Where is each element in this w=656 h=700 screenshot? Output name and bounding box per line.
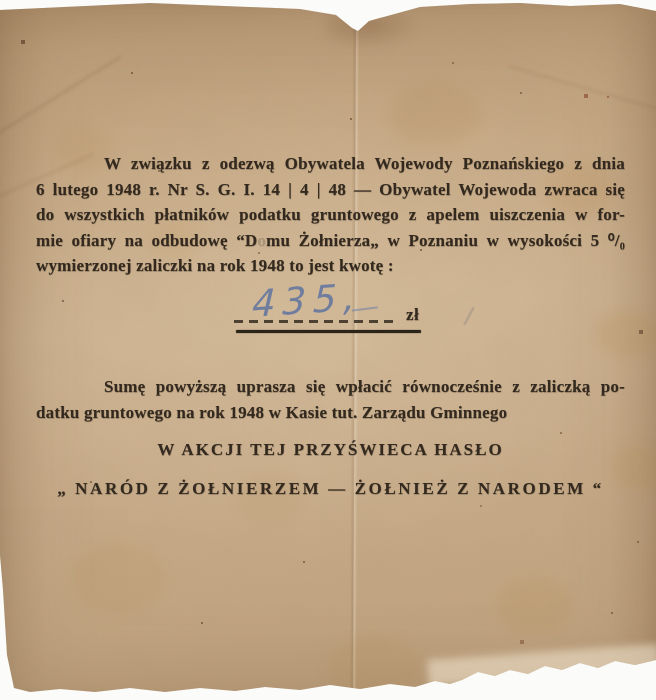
handwritten-amount: 435, — [251, 275, 363, 326]
text-line: 6 lutego 1948 r. Nr S. G. I. 14 | 4 | 48… — [36, 177, 625, 203]
text-line: wymierzonej zaliczki na rok 1948 to jest… — [36, 253, 625, 279]
text-line: mie ofiary na odbudowę “Domu Żołnierza„ … — [36, 228, 625, 254]
text-segment: mie ofiary na odbudowę “D — [36, 231, 257, 250]
text-segment: mu Żołnierza„ w Poznaniu w wysokości 5 ⁰… — [266, 231, 625, 250]
campaign-slogan: „ NARÓD Z ŻOŁNIERZEM — ŻOŁNIEŻ Z NARODEM… — [36, 479, 625, 499]
printed-notice: W związku z odezwą Obywatela Wojewody Po… — [0, 0, 656, 700]
currency-label: zł — [406, 305, 419, 325]
paper-sheet: W związku z odezwą Obywatela Wojewody Po… — [0, 0, 656, 700]
amount-solid-line — [236, 330, 421, 333]
paragraph-payment: Sumę powyższą uprasza się wpłacić równoc… — [36, 374, 625, 425]
paper-specks — [0, 0, 2, 2]
text-line: datku gruntowego na rok 1948 w Kasie tut… — [36, 400, 625, 426]
document-scan: W związku z odezwą Obywatela Wojewody Po… — [0, 0, 656, 700]
amount-dashed-line — [234, 320, 399, 323]
text-line: Sumę powyższą uprasza się wpłacić równoc… — [36, 374, 625, 400]
campaign-heading: W AKCJI TEJ PRZYŚWIECA HASŁO — [36, 440, 625, 460]
pencil-mark — [463, 307, 474, 326]
faded-letter: o — [257, 231, 266, 250]
paragraph-intro: W związku z odezwą Obywatela Wojewody Po… — [36, 151, 625, 279]
text-line: W związku z odezwą Obywatela Wojewody Po… — [36, 151, 625, 177]
text-line: do wszystkich płatników podatku gruntowe… — [36, 202, 625, 228]
